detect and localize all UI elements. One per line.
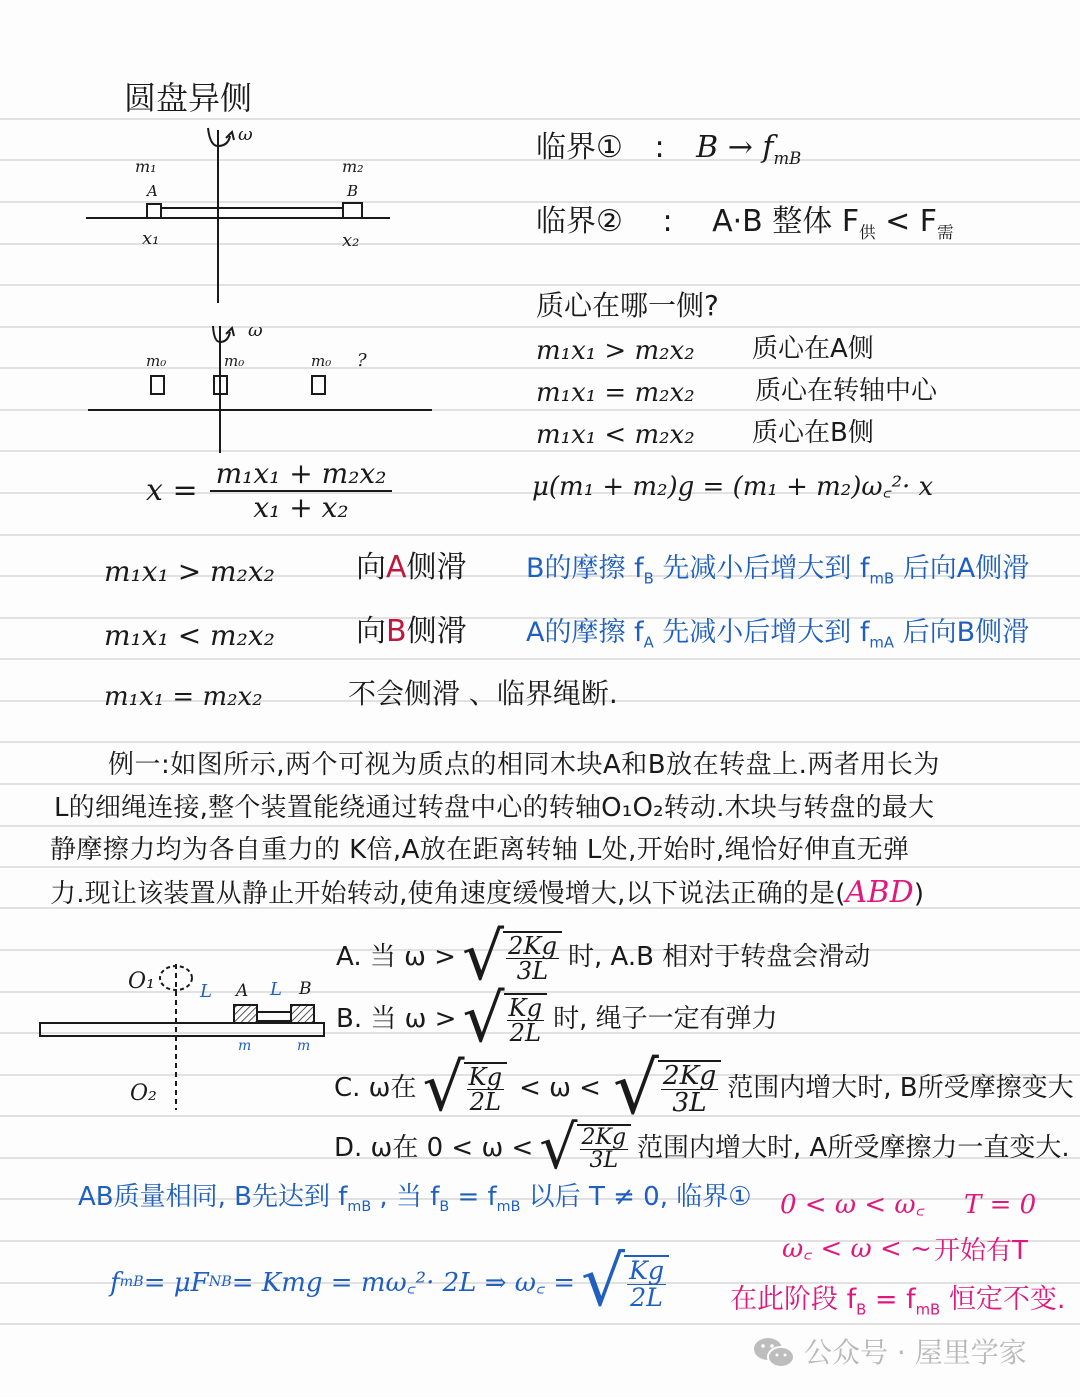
mass-m2-label: m₂ (342, 157, 364, 176)
m0-left-label: m₀ (146, 352, 166, 370)
m0-right-label: m₀ (311, 352, 331, 370)
critical-1: 临界① : B → fmB (536, 133, 801, 168)
block-A-label-3: A (234, 981, 248, 1001)
o2-label: O₂ (130, 1081, 157, 1106)
com-row-1-cond: m₁x₁ > m₂x₂ (536, 338, 695, 364)
option-D: D. ω在 0 < ω < √2Kg3L 范围内增大时, A所受摩擦力一直变大. (334, 1118, 1070, 1178)
critical-2: 临界② : A·B 整体 F供 < F需 (536, 207, 954, 242)
phase-3: 在此阶段 fB = fmB 恒定不变. (730, 1286, 1065, 1317)
case-1-note: B的摩擦 fB 先减小后增大到 fmB 后向A侧滑 (526, 555, 1029, 586)
com-row-3-cond: m₁x₁ < m₂x₂ (536, 422, 695, 448)
example-line-1: 例一:如图所示,两个可视为质点的相同木块A和B放在转盘上.两者用长为 (108, 752, 940, 778)
omega-label: ω (238, 124, 253, 145)
case-1-direction: 向A侧滑 (356, 553, 467, 583)
question-mark: ? (357, 350, 367, 371)
case-2-note: A的摩擦 fA 先减小后增大到 fmA 后向B侧滑 (526, 619, 1029, 650)
mass-B-label: m (297, 1038, 310, 1054)
watermark: 公众号 · 屋里学家 (752, 1336, 1027, 1370)
example-line-2: L的细绳连接,整个装置能绕通过转盘中心的转轴O₁O₂转动.木块与转盘的最大 (54, 795, 934, 821)
case-1-cond: m₁x₁ > m₂x₂ (104, 558, 275, 586)
solution-line-1: AB质量相同, B先达到 fmB , 当 fB = fmB 以后 T ≠ 0, … (78, 1184, 752, 1214)
solution-line-2: fmB = μFNB = Kmg = mω꜀²· 2L ⇒ ω꜀ = √Kg2L (110, 1248, 669, 1317)
distance-L1-label: L (199, 981, 212, 1002)
com-row-1-result: 质心在A侧 (752, 336, 874, 362)
omega-label-2: ω (248, 320, 263, 341)
com-equation: μ(m₁ + m₂)g = (m₁ + m₂)ω꜀²· x (532, 474, 933, 500)
diagram-mass-positions: ω m₀ m₀ m₀ ? (80, 318, 440, 458)
case-3-cond: m₁x₁ = m₂x₂ (104, 684, 263, 710)
block-B-label: B (346, 182, 358, 200)
answer-mark: ABD (846, 875, 914, 910)
diagram-disk-opposite-sides: ω m₁ m₂ A B x₁ x₂ (80, 120, 400, 310)
x1-label: x₁ (142, 228, 159, 249)
case-2-cond: m₁x₁ < m₂x₂ (104, 622, 275, 650)
phase-1-cond: 0 < ω < ω꜀ (780, 1192, 925, 1218)
m0-center-label: m₀ (224, 352, 244, 370)
mass-m1-label: m₁ (135, 157, 157, 176)
diagram-turntable: O₁ O₂ L L A B m m (30, 950, 340, 1120)
example-line-4: 力.现让该装置从静止开始转动,使角速度缓慢增大,以下说法正确的是(ABD) (50, 878, 924, 908)
o1-label: O₁ (128, 969, 155, 994)
option-B: B. 当 ω > √Kg2L 时, 绳子一定有弹力 (336, 986, 778, 1052)
com-row-2-result: 质心在转轴中心 (755, 378, 937, 404)
block-B-label-3: B (298, 979, 312, 999)
x-formula: x = m₁x₁ + m₂x₂ x₁ + x₂ (146, 460, 392, 522)
phase-1-result: T = 0 (964, 1192, 1036, 1218)
option-C: C. ω在 √Kg2L < ω < √2Kg3L 范围内增大时, B所受摩擦变大 (334, 1052, 1074, 1124)
phase-2-result: 开始有T (934, 1238, 1028, 1264)
mass-A-label: m (238, 1038, 251, 1054)
com-row-3-result: 质心在B侧 (752, 420, 874, 446)
phase-2-cond: ω꜀ < ω < ~ (782, 1236, 932, 1262)
com-row-2-cond: m₁x₁ = m₂x₂ (536, 380, 695, 406)
com-question: 质心在哪一侧? (536, 292, 719, 320)
case-2-direction: 向B侧滑 (356, 617, 467, 647)
block-A-label: A (145, 182, 158, 200)
x2-label: x₂ (342, 230, 359, 251)
distance-L2-label: L (269, 979, 282, 1000)
example-line-3: 静摩擦力均为各自重力的 K倍,A放在距离转轴 L处,开始时,绳恰好伸直无弹 (50, 837, 909, 863)
case-3-text: 不会侧滑 、临界绳断. (348, 680, 618, 708)
option-A: A. 当 ω > √2Kg3L 时, A.B 相对于转盘会滑动 (336, 924, 870, 990)
page-title: 圆盘异侧 (124, 82, 252, 114)
wechat-icon (752, 1336, 796, 1370)
